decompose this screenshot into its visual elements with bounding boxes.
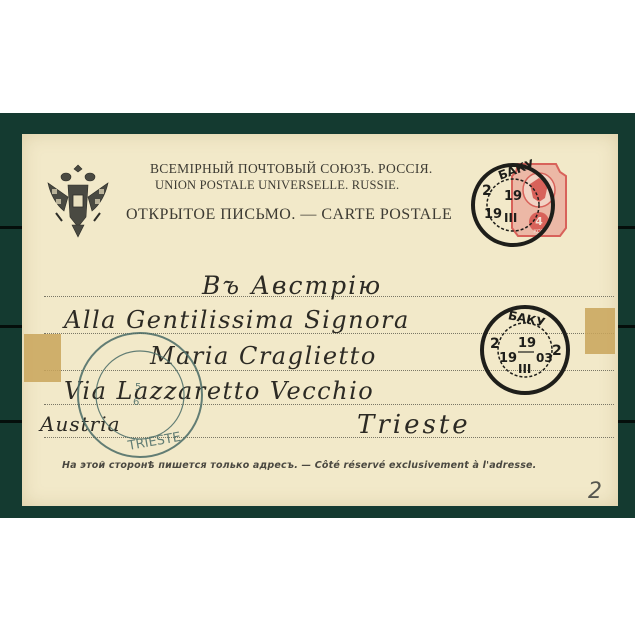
svg-text:6: 6 [133,397,139,408]
svg-text:TRIESTE: TRIESTE [126,430,182,454]
svg-text:19: 19 [484,207,502,222]
svg-text:2: 2 [552,343,562,359]
pencil-mark: 2 [588,479,602,504]
svg-text:03: 03 [536,351,553,365]
baku-postmark-2: 2 2 19 19 03 III БАКУ [482,307,568,393]
svg-text:19: 19 [518,336,536,351]
svg-text:III: III [518,362,531,376]
svg-text:III: III [504,211,517,225]
svg-text:19: 19 [504,189,522,204]
svg-text:5: 5 [135,382,141,393]
svg-text:2: 2 [482,183,492,199]
svg-text:19: 19 [499,351,517,366]
trieste-postmark: TRIESTE 5 6 [78,333,202,457]
svg-text:2: 2 [490,336,500,352]
